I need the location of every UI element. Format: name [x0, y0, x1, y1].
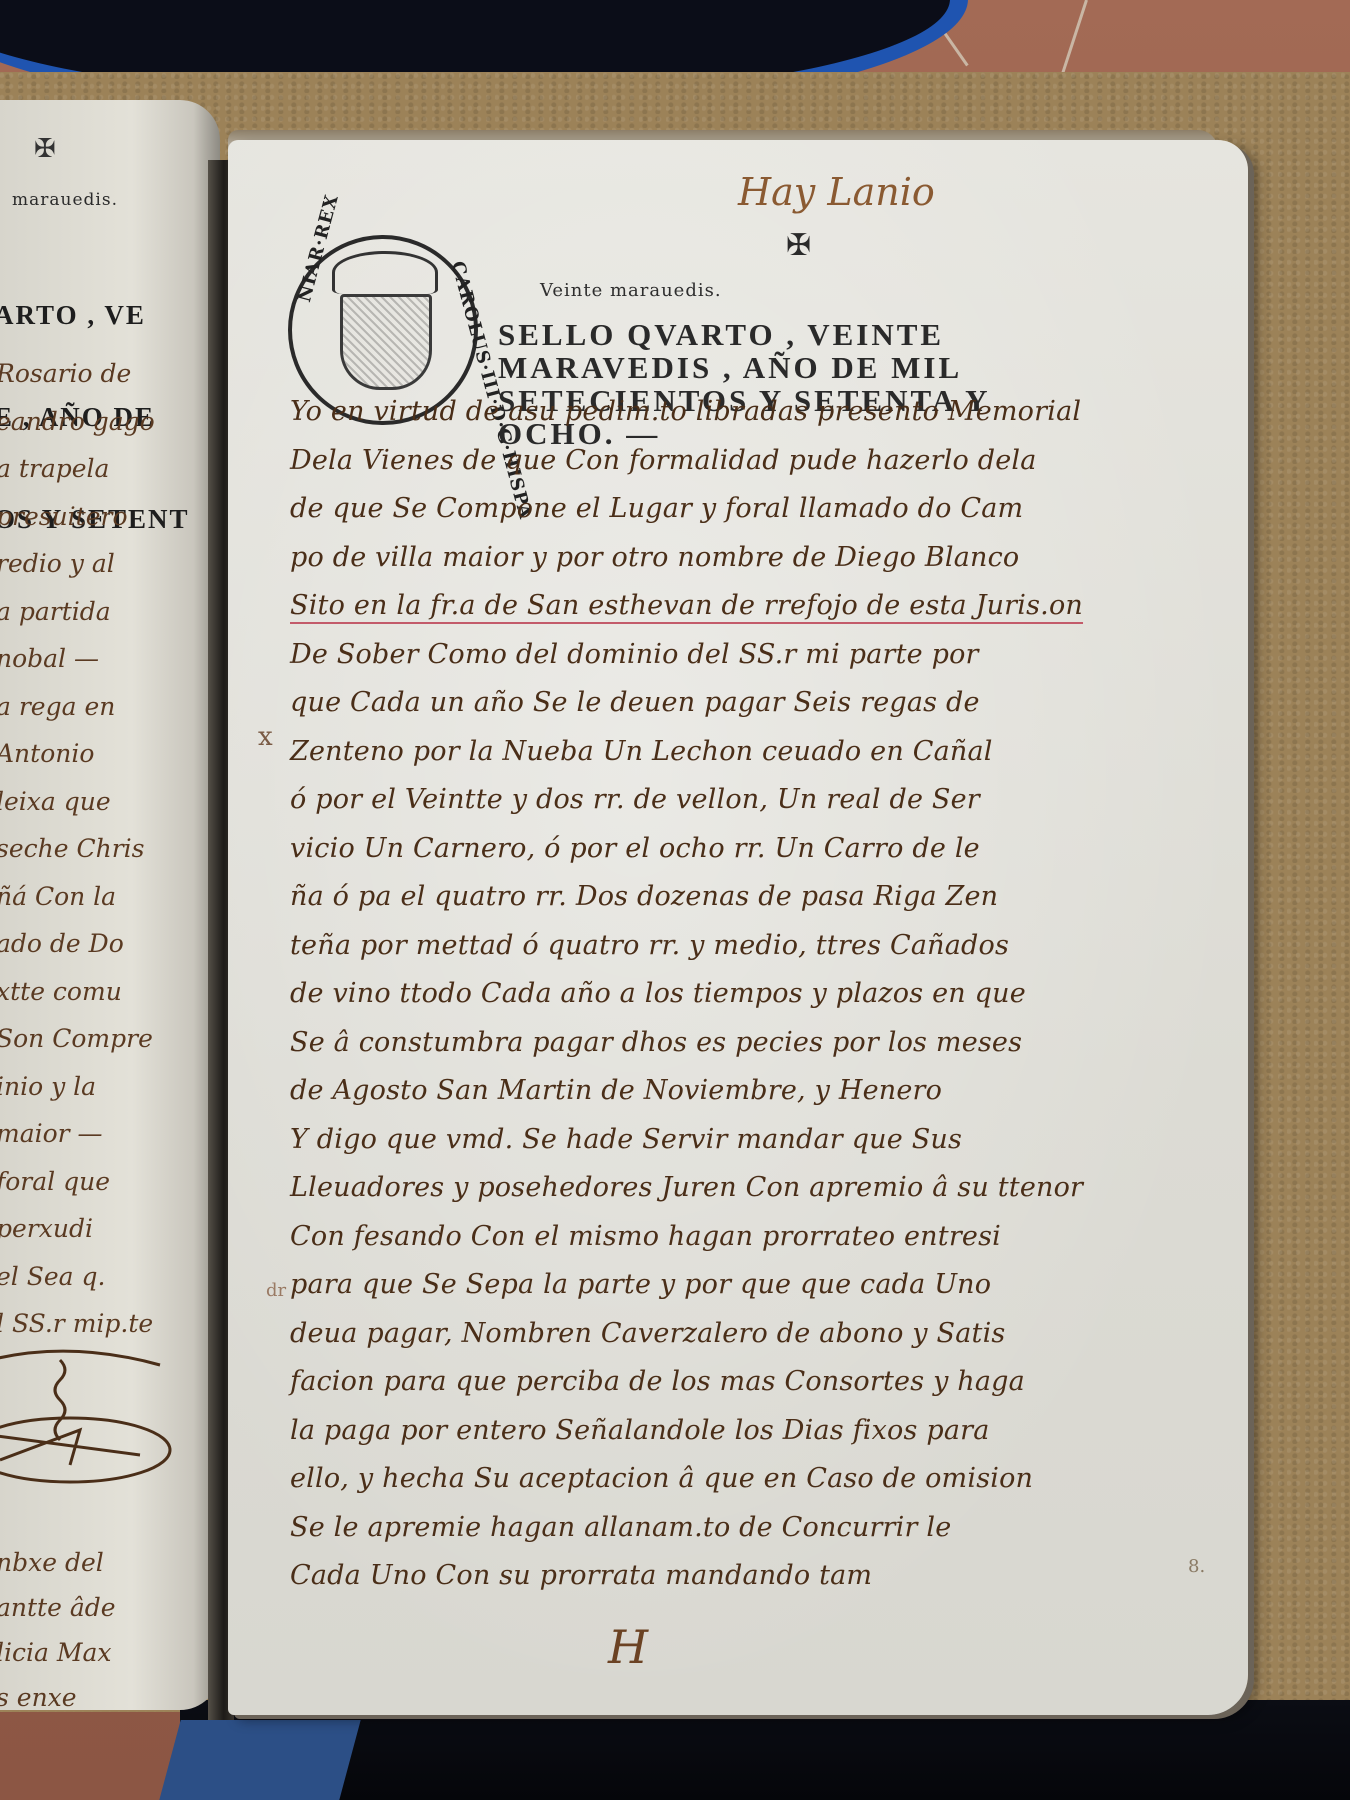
manuscript-line: po de villa maior y por otro nombre de D…	[290, 534, 1245, 583]
coat-of-arms-icon	[340, 294, 432, 390]
manuscript-line: Dela Vienes de que Con formalidad pude h…	[290, 437, 1245, 486]
handwriting-line: ado de Do	[0, 920, 211, 968]
manuscript-line: Yo en virtud de asu pedim.to libradas pr…	[290, 388, 1245, 437]
manuscript-line: De Sober Como del dominio del SS.r mi pa…	[290, 631, 1245, 680]
manuscript-line: de que Se Compone el Lugar y foral llama…	[290, 485, 1245, 534]
handwriting-line: Rosario de	[0, 350, 211, 398]
manuscript-line: Zenteno por la Nueba Un Lechon ceuado en…	[290, 728, 1245, 777]
manuscript-line: ña ó pa el quatro rr. Dos dozenas de pas…	[290, 873, 1245, 922]
handwriting-line: antte âde	[0, 1585, 211, 1630]
shadow-area	[180, 1700, 1350, 1800]
manuscript-line: Se le apremie hagan allanam.to de Concur…	[290, 1504, 1245, 1553]
manuscript-line: deua pagar, Nombren Caverzalero de abono…	[290, 1310, 1245, 1359]
left-page-handwriting: Rosario de eandro gago a trapela presuit…	[0, 350, 211, 1348]
rubric-signature-icon	[0, 1340, 180, 1490]
handwriting-line: seche Chris	[0, 825, 211, 873]
handwriting-line: s enxe	[0, 1675, 211, 1710]
main-page: Hay Lanio NIAR·REX CAROLUS·III·D·G·HISPA…	[228, 140, 1248, 1715]
cross-icon: ✠	[786, 228, 811, 263]
crown-icon	[332, 251, 438, 294]
annotation-top-right: Hay Lanio	[738, 170, 935, 214]
manuscript-line: la paga por entero Señalandole los Dias …	[290, 1407, 1245, 1456]
handwriting-line: maior —	[0, 1110, 211, 1158]
manuscript-line: ello, y hecha Su aceptacion â que en Cas…	[290, 1455, 1245, 1504]
manuscript-line: Se â constumbra pagar dhos es pecies por…	[290, 1019, 1245, 1068]
handwriting-line: Son Compre	[0, 1015, 211, 1063]
manuscript-line: que Cada un año Se le deuen pagar Seis r…	[290, 679, 1245, 728]
manuscript-line: Con fesando Con el mismo hagan prorrateo…	[290, 1213, 1245, 1262]
cross-icon: ✠	[34, 134, 56, 164]
manuscript-body: Yo en virtud de asu pedim.to libradas pr…	[290, 388, 1245, 1601]
handwriting-line: foral que	[0, 1158, 211, 1206]
left-page: ✠ marauedis. ARTO , VE E , AÑO DE OS Y S…	[0, 100, 220, 1710]
margin-mark: dr	[266, 1280, 286, 1301]
stamp-line: MARAVEDIS , AÑO DE MIL	[498, 351, 1218, 384]
handwriting-line: perxudi	[0, 1205, 211, 1253]
blue-cloth	[159, 1720, 360, 1800]
handwriting-line: inio y la	[0, 1063, 211, 1111]
manuscript-line: facion para que perciba de los mas Conso…	[290, 1358, 1245, 1407]
manuscript-line: Lleuadores y posehedores Juren Con aprem…	[290, 1164, 1245, 1213]
left-page-handwriting-bottom: nbxe del antte âde licia Max s enxe omxd	[0, 1540, 211, 1710]
manuscript-line: teña por mettad ó quatro rr. y medio, tt…	[290, 922, 1245, 971]
handwriting-line: a trapela	[0, 445, 211, 493]
handwriting-line: xtte comu	[0, 968, 211, 1016]
stamp-denomination: marauedis.	[12, 190, 118, 210]
handwriting-line: a rega en	[0, 683, 211, 731]
manuscript-line: ó por el Veintte y dos rr. de vellon, Un…	[290, 776, 1245, 825]
margin-mark: 8.	[1188, 1556, 1205, 1577]
margin-mark: x	[258, 722, 273, 752]
handwriting-line: redio y al	[0, 540, 211, 588]
handwriting-line: leixa que	[0, 778, 211, 826]
manuscript-line-underlined: Sito en la fr.a de San esthevan de rrefo…	[290, 582, 1245, 631]
handwriting-line: nbxe del	[0, 1540, 211, 1585]
handwriting-line: nobal —	[0, 635, 211, 683]
handwriting-line: presuitero	[0, 493, 211, 541]
manuscript-line: vicio Un Carnero, ó por el ocho rr. Un C…	[290, 825, 1245, 874]
manuscript-line: de Agosto San Martin de Noviembre, y Hen…	[290, 1067, 1245, 1116]
handwriting-line: licia Max	[0, 1630, 211, 1675]
handwriting-line: ñá Con la	[0, 873, 211, 921]
manuscript-line: para que Se Sepa la parte y por que que …	[290, 1261, 1245, 1310]
stamp-line: ARTO , VE	[0, 298, 190, 332]
handwriting-line: el Sea q.	[0, 1253, 211, 1301]
closing-flourish: H	[608, 1620, 648, 1674]
stamp-denomination: Veinte marauedis.	[540, 280, 722, 301]
handwriting-line: eandro gago	[0, 398, 211, 446]
handwriting-line: Antonio	[0, 730, 211, 778]
manuscript-line: de vino ttodo Cada año a los tiempos y p…	[290, 970, 1245, 1019]
handwriting-line: a partida	[0, 588, 211, 636]
manuscript-line: Y digo que vmd. Se hade Servir mandar qu…	[290, 1116, 1245, 1165]
stamp-line: SELLO QVARTO , VEINTE	[498, 318, 1218, 351]
manuscript-line: Cada Uno Con su prorrata mandando tam	[290, 1552, 1245, 1601]
